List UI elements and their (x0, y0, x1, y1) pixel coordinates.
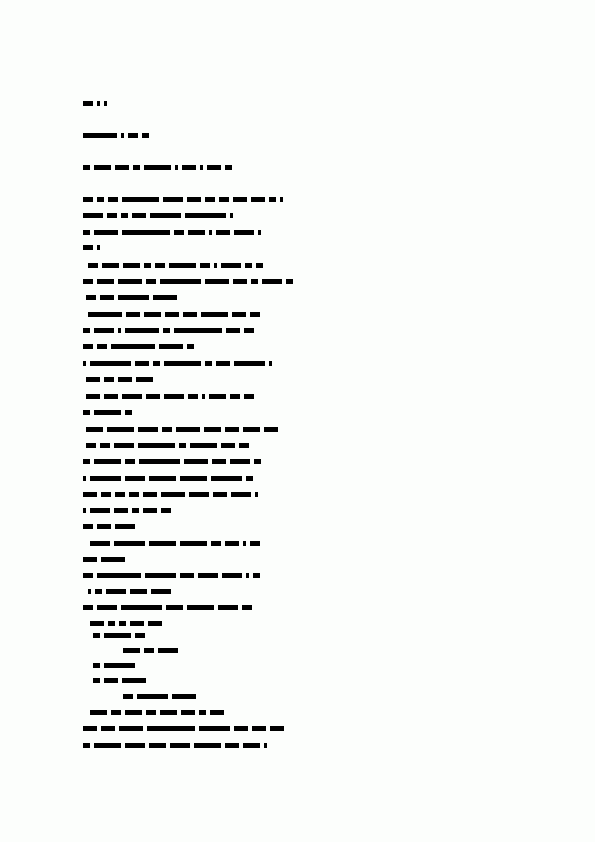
redacted-word (198, 573, 218, 578)
redacted-word (123, 648, 140, 653)
redacted-word (121, 605, 162, 610)
redacted-word (130, 621, 144, 626)
redacted-word (123, 263, 140, 268)
redacted-word (90, 476, 121, 481)
redacted-word (160, 279, 201, 284)
redacted-word (179, 443, 186, 448)
redacted-word (86, 394, 100, 399)
text-line: [illegible] (88, 263, 267, 268)
text-line: [illegible] (83, 230, 265, 235)
redacted-word (243, 427, 260, 432)
redacted-word (90, 621, 104, 626)
redacted-word (121, 133, 124, 138)
redacted-word (216, 230, 230, 235)
redacted-word (100, 443, 110, 448)
redacted-word (172, 694, 196, 699)
redacted-word (242, 605, 252, 610)
redacted-word (83, 133, 117, 138)
redacted-word (142, 133, 149, 138)
redacted-word (245, 263, 252, 268)
redacted-word (94, 410, 121, 415)
redacted-word (94, 743, 121, 748)
redacted-word (88, 263, 98, 268)
redacted-word (83, 476, 86, 481)
redacted-word (212, 459, 226, 464)
redacted-word (163, 197, 183, 202)
redacted-word (94, 165, 111, 170)
redacted-word (97, 524, 111, 529)
redacted-word (139, 459, 180, 464)
redacted-word (213, 492, 227, 497)
redacted-word (162, 427, 172, 432)
redacted-word (119, 726, 143, 731)
redacted-word (252, 726, 266, 731)
redacted-word (180, 541, 207, 546)
redacted-word (83, 557, 97, 562)
redacted-word (83, 524, 93, 529)
redacted-word (225, 541, 239, 546)
redacted-word (181, 710, 195, 715)
redacted-word (246, 476, 253, 481)
redacted-word (97, 197, 104, 202)
text-line: [illegible] (83, 459, 265, 464)
redacted-word (234, 361, 265, 366)
text-line: [illegible] (93, 678, 150, 683)
redacted-word (143, 508, 157, 513)
redacted-word (83, 410, 90, 415)
redacted-word (143, 492, 157, 497)
redacted-word (83, 279, 93, 284)
redacted-word (190, 443, 217, 448)
redacted-word (106, 589, 126, 594)
text-line: [illegible] (83, 133, 153, 138)
redacted-word (264, 743, 267, 748)
redacted-word (104, 101, 107, 106)
redacted-word (176, 427, 200, 432)
text-line: [illegible] (83, 101, 111, 106)
redacted-word (230, 394, 240, 399)
redacted-word (149, 541, 176, 546)
redacted-word (226, 328, 240, 333)
redacted-word (205, 197, 215, 202)
redacted-word (199, 710, 206, 715)
redacted-word (86, 295, 96, 300)
redacted-word (88, 312, 122, 317)
redacted-word (121, 213, 128, 218)
redacted-word (115, 492, 125, 497)
text-line: [illegible] (123, 694, 200, 699)
redacted-word (100, 295, 114, 300)
redacted-word (187, 605, 214, 610)
redacted-word (94, 328, 114, 333)
redacted-word (101, 492, 111, 497)
redacted-word (218, 605, 238, 610)
redacted-word (125, 710, 142, 715)
redacted-word (209, 230, 212, 235)
text-line: [illegible] (83, 573, 264, 578)
redacted-word (256, 263, 263, 268)
redacted-word (97, 605, 117, 610)
redacted-word (133, 165, 140, 170)
redacted-word (108, 197, 118, 202)
text-line: [illegible] (83, 492, 262, 497)
redacted-word (174, 230, 184, 235)
redacted-word (149, 476, 176, 481)
redacted-word (269, 197, 276, 202)
redacted-word (270, 726, 284, 731)
redacted-word (204, 427, 221, 432)
redacted-word (137, 694, 168, 699)
redacted-word (111, 344, 155, 349)
redacted-word (104, 377, 114, 382)
redacted-word (90, 710, 107, 715)
redacted-word (180, 573, 194, 578)
redacted-word (83, 508, 86, 513)
redacted-word (205, 361, 212, 366)
redacted-word (107, 427, 134, 432)
text-line: [illegible] (90, 621, 166, 626)
redacted-word (97, 245, 100, 250)
redacted-word (132, 508, 139, 513)
redacted-word (207, 165, 221, 170)
text-line: [illegible] (83, 557, 129, 562)
redacted-word (144, 648, 154, 653)
redacted-word (126, 312, 140, 317)
text-line: [illegible] (83, 328, 258, 333)
redacted-word (136, 377, 153, 382)
redacted-word (101, 557, 125, 562)
redacted-word (201, 312, 228, 317)
redacted-word (83, 197, 93, 202)
redacted-word (104, 678, 118, 683)
redacted-word (93, 678, 100, 683)
redacted-word (114, 541, 145, 546)
redacted-word (97, 573, 141, 578)
redacted-word (94, 230, 118, 235)
redacted-word (83, 245, 93, 250)
redacted-word (233, 197, 247, 202)
redacted-word (232, 312, 246, 317)
redacted-word (115, 165, 129, 170)
text-line: [illegible] (86, 295, 181, 300)
redacted-word (286, 279, 293, 284)
redacted-word (184, 459, 208, 464)
redacted-word (251, 279, 258, 284)
redacted-word (230, 213, 233, 218)
text-line: [illegible] (90, 710, 228, 715)
redacted-word (210, 710, 224, 715)
redacted-word (161, 492, 185, 497)
redacted-word (165, 312, 179, 317)
redacted-word (164, 361, 201, 366)
redacted-word (151, 589, 171, 594)
redacted-word (90, 361, 131, 366)
redacted-word (194, 743, 221, 748)
text-line: [illegible] (93, 663, 139, 668)
redacted-word (125, 743, 145, 748)
redacted-word (161, 508, 171, 513)
redacted-word (125, 328, 159, 333)
text-line: [illegible] (86, 443, 253, 448)
redacted-word (104, 394, 118, 399)
redacted-word (83, 743, 90, 748)
redacted-word (222, 573, 242, 578)
redacted-word (200, 165, 203, 170)
redacted-word (86, 377, 100, 382)
redacted-word (88, 589, 91, 594)
redacted-word (250, 541, 260, 546)
text-line: [illegible] (83, 197, 287, 202)
redacted-word (145, 573, 176, 578)
redacted-word (209, 394, 226, 399)
redacted-word (83, 344, 93, 349)
redacted-word (129, 492, 139, 497)
redacted-word (122, 230, 170, 235)
redacted-word (104, 663, 135, 668)
redacted-word (114, 508, 128, 513)
redacted-word (118, 328, 121, 333)
text-line: [illegible] (86, 427, 282, 432)
redacted-word (244, 328, 254, 333)
redacted-word (135, 633, 145, 638)
redacted-word (119, 621, 126, 626)
redacted-word (205, 279, 229, 284)
redacted-word (122, 678, 146, 683)
redacted-word (231, 492, 251, 497)
redacted-word (90, 541, 110, 546)
redacted-word (125, 410, 132, 415)
redacted-word (83, 230, 90, 235)
redacted-word (187, 197, 201, 202)
redacted-word (90, 508, 110, 513)
redacted-word (93, 633, 100, 638)
redacted-word (147, 726, 195, 731)
redacted-word (83, 726, 97, 731)
redacted-word (97, 279, 114, 284)
redacted-word (225, 427, 239, 432)
redacted-word (221, 443, 235, 448)
redacted-word (118, 279, 142, 284)
redacted-word (253, 573, 260, 578)
text-line: [illegible] (83, 726, 288, 731)
redacted-word (135, 361, 149, 366)
redacted-word (118, 295, 149, 300)
text-line: [illegible] (88, 589, 175, 594)
redacted-word (225, 165, 232, 170)
redacted-word (83, 165, 90, 170)
redacted-word (83, 605, 93, 610)
text-line: [illegible] (83, 279, 297, 284)
redacted-word (183, 312, 197, 317)
redacted-word (202, 394, 205, 399)
redacted-word (95, 589, 102, 594)
redacted-word (211, 541, 221, 546)
redacted-word (189, 492, 209, 497)
redacted-word (244, 394, 254, 399)
redacted-word (187, 344, 194, 349)
redacted-word (144, 263, 151, 268)
redacted-word (83, 101, 93, 106)
redacted-word (211, 476, 242, 481)
redacted-word (125, 476, 145, 481)
redacted-word (159, 344, 183, 349)
text-line: [illegible] (90, 541, 264, 546)
redacted-word (102, 263, 119, 268)
redacted-word (258, 230, 261, 235)
text-line: [illegible] (83, 165, 236, 170)
redacted-word (83, 328, 90, 333)
text-line: [illegible] (83, 361, 276, 366)
redacted-word (108, 621, 115, 626)
redacted-word (264, 427, 278, 432)
redacted-word (239, 443, 249, 448)
text-line: [illegible] (86, 394, 258, 399)
redacted-word (225, 743, 239, 748)
redacted-word (107, 213, 117, 218)
text-line: [illegible] (83, 245, 104, 250)
redacted-word (83, 361, 86, 366)
redacted-word (200, 263, 210, 268)
redacted-word (160, 710, 177, 715)
redacted-word (251, 197, 265, 202)
redacted-word (234, 726, 248, 731)
redacted-word (83, 573, 93, 578)
redacted-word (146, 279, 156, 284)
redacted-word (138, 427, 158, 432)
redacted-word (185, 213, 226, 218)
redacted-word (94, 459, 121, 464)
redacted-word (122, 197, 159, 202)
redacted-word (83, 459, 90, 464)
redacted-word (115, 524, 135, 529)
text-line: [illegible] (123, 648, 182, 653)
redacted-word (246, 573, 249, 578)
document-page: [illegible][illegible][illegible][illegi… (0, 0, 595, 842)
redacted-word (123, 694, 133, 699)
redacted-word (104, 633, 131, 638)
redacted-word (125, 459, 135, 464)
redacted-word (166, 605, 183, 610)
redacted-word (174, 328, 222, 333)
redacted-word (97, 344, 107, 349)
text-line: [illegible] (83, 476, 257, 481)
redacted-word (144, 312, 161, 317)
redacted-word (254, 459, 261, 464)
text-line: [illegible] (83, 605, 256, 610)
redacted-word (188, 230, 205, 235)
redacted-word (138, 443, 175, 448)
redacted-word (269, 361, 272, 366)
text-line: [illegible] (83, 508, 175, 513)
redacted-word (83, 492, 97, 497)
redacted-word (230, 459, 250, 464)
redacted-word (233, 279, 247, 284)
redacted-word (243, 541, 246, 546)
text-line: [illegible] (83, 743, 271, 748)
redacted-word (153, 295, 177, 300)
redacted-word (234, 230, 254, 235)
text-line: [illegible] (88, 312, 264, 317)
text-line: [illegible] (83, 410, 136, 415)
redacted-word (219, 197, 229, 202)
redacted-word (158, 648, 178, 653)
redacted-word (86, 427, 103, 432)
redacted-word (149, 743, 166, 748)
text-line: [illegible] (93, 633, 149, 638)
redacted-word (148, 621, 162, 626)
redacted-word (83, 213, 103, 218)
text-line: [illegible] (83, 344, 198, 349)
redacted-word (262, 279, 282, 284)
text-line: [illegible] (83, 524, 139, 529)
redacted-word (155, 263, 165, 268)
text-line: [illegible] (86, 377, 157, 382)
redacted-word (255, 492, 258, 497)
redacted-word (114, 443, 134, 448)
redacted-word (163, 328, 170, 333)
redacted-word (199, 726, 230, 731)
redacted-word (118, 377, 132, 382)
redacted-word (122, 394, 142, 399)
redacted-word (153, 361, 160, 366)
redacted-word (188, 394, 198, 399)
redacted-word (128, 133, 138, 138)
redacted-word (216, 361, 230, 366)
redacted-word (101, 726, 115, 731)
redacted-word (221, 263, 241, 268)
redacted-word (93, 663, 100, 668)
redacted-word (146, 394, 160, 399)
redacted-word (169, 263, 196, 268)
redacted-word (144, 165, 171, 170)
redacted-word (146, 710, 156, 715)
redacted-word (111, 710, 121, 715)
redacted-word (250, 312, 260, 317)
redacted-word (130, 589, 147, 594)
redacted-word (280, 197, 283, 202)
redacted-word (214, 263, 217, 268)
redacted-word (86, 443, 96, 448)
redacted-word (180, 476, 207, 481)
redacted-word (132, 213, 146, 218)
text-line: [illegible] (83, 213, 237, 218)
redacted-word (150, 213, 181, 218)
redacted-word (170, 743, 190, 748)
redacted-word (182, 165, 196, 170)
redacted-word (164, 394, 184, 399)
redacted-word (243, 743, 260, 748)
redacted-word (175, 165, 178, 170)
redacted-word (97, 101, 100, 106)
